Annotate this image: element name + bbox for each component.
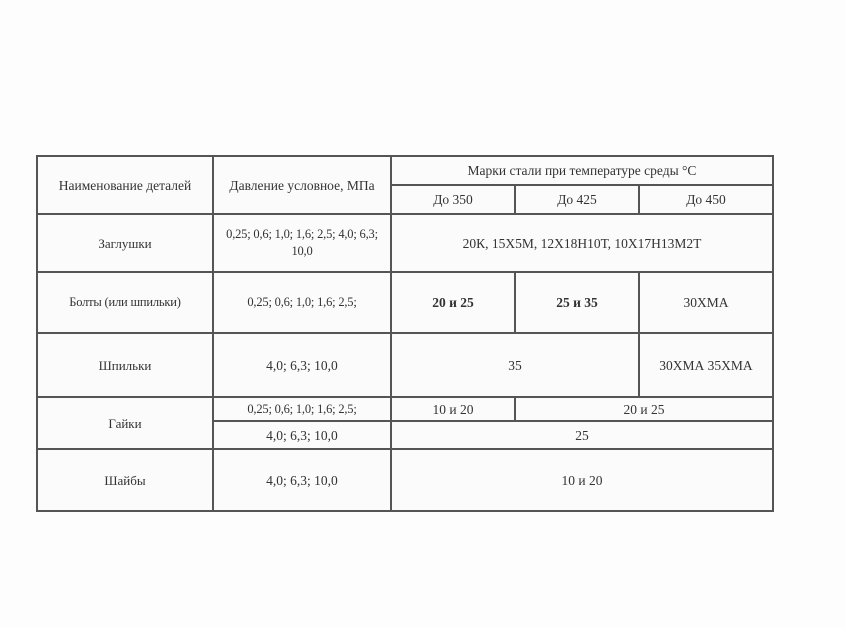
table-row: Болты (или шпильки) 0,25; 0,6; 1,0; 1,6;… — [37, 272, 773, 333]
steel-grade-425: 25 и 35 — [515, 272, 639, 333]
steel-grade-450: 30ХМА 35ХМА — [639, 333, 773, 397]
header-temp-450: До 450 — [639, 185, 773, 214]
pressure-values: 4,0; 6,3; 10,0 — [213, 449, 391, 511]
steel-grade-450: 30ХМА — [639, 272, 773, 333]
table-row: Шпильки 4,0; 6,3; 10,0 35 30ХМА 35ХМА — [37, 333, 773, 397]
pressure-values: 0,25; 0,6; 1,0; 1,6; 2,5; 4,0; 6,3; 10,0 — [213, 214, 391, 272]
header-pressure: Давление условное, МПа — [213, 156, 391, 214]
table-row: Шайбы 4,0; 6,3; 10,0 10 и 20 — [37, 449, 773, 511]
steel-grade-350: 10 и 20 — [391, 397, 515, 421]
header-row: Наименование деталей Давление условное, … — [37, 156, 773, 185]
header-temp-425: До 425 — [515, 185, 639, 214]
pressure-values: 4,0; 6,3; 10,0 — [213, 421, 391, 449]
pressure-values: 4,0; 6,3; 10,0 — [213, 333, 391, 397]
pressure-values: 0,25; 0,6; 1,0; 1,6; 2,5; — [213, 272, 391, 333]
table-row: Заглушки 0,25; 0,6; 1,0; 1,6; 2,5; 4,0; … — [37, 214, 773, 272]
header-steel-grades: Марки стали при температуре среды °С — [391, 156, 773, 185]
steel-grade-350: 20 и 25 — [391, 272, 515, 333]
table-row: Гайки 0,25; 0,6; 1,0; 1,6; 2,5; 10 и 20 … — [37, 397, 773, 421]
steel-grades: 10 и 20 — [391, 449, 773, 511]
steel-grades: 25 — [391, 421, 773, 449]
header-temp-350: До 350 — [391, 185, 515, 214]
part-name: Шпильки — [37, 333, 213, 397]
steel-grades: 20К, 15Х5М, 12Х18Н10Т, 10Х17Н13М2Т — [391, 214, 773, 272]
steel-grades-table: Наименование деталей Давление условное, … — [36, 155, 774, 512]
steel-grade-425-450: 20 и 25 — [515, 397, 773, 421]
part-name: Заглушки — [37, 214, 213, 272]
part-name: Болты (или шпильки) — [37, 272, 213, 333]
part-name: Шайбы — [37, 449, 213, 511]
part-name: Гайки — [37, 397, 213, 449]
steel-grade-350-425: 35 — [391, 333, 639, 397]
header-part-name: Наименование деталей — [37, 156, 213, 214]
pressure-values: 0,25; 0,6; 1,0; 1,6; 2,5; — [213, 397, 391, 421]
scanned-page: Наименование деталей Давление условное, … — [0, 0, 846, 628]
